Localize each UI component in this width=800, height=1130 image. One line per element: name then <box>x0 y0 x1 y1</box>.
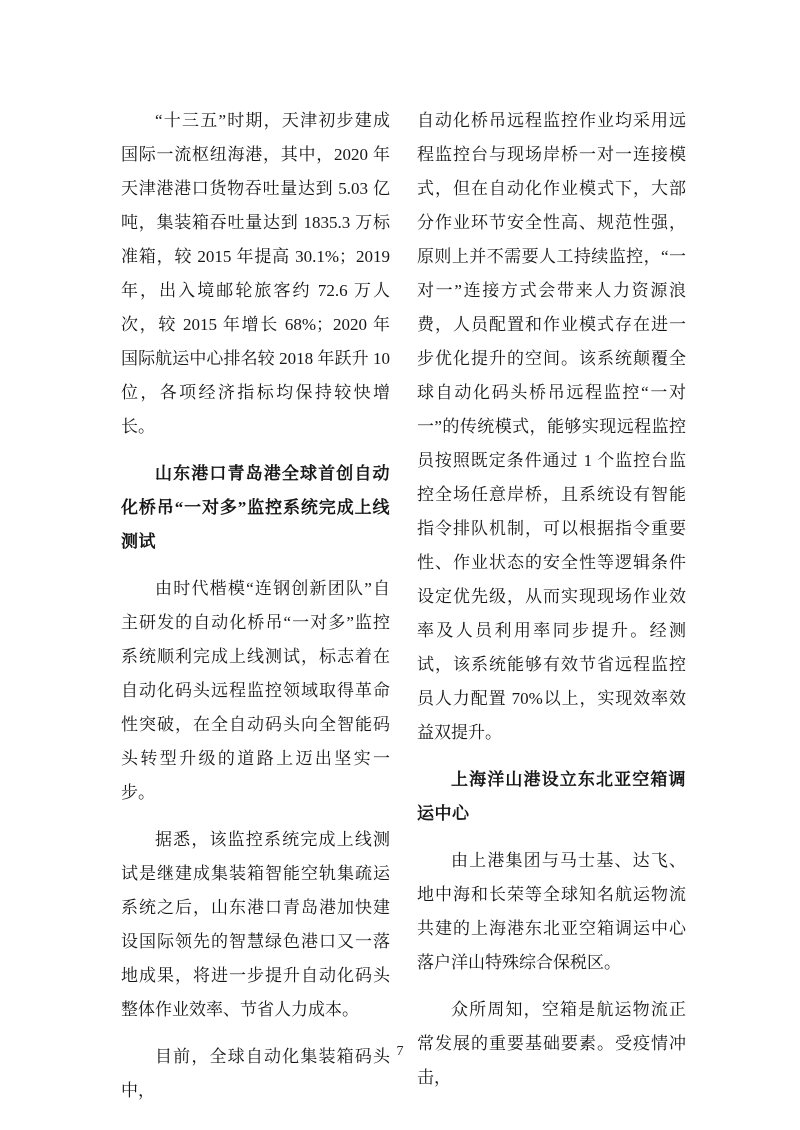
document-page: “十三五”时期，天津初步建成国际一流枢纽海港，其中，2020 年天津港港口货物吞… <box>0 0 800 1130</box>
section-heading: 上海洋山港设立东北亚空箱调运中心 <box>417 763 686 831</box>
body-paragraph: 自动化桥吊远程监控作业均采用远程监控台与现场岸桥一对一连接模式，但在自动化作业模… <box>417 104 686 750</box>
body-paragraph: “十三五”时期，天津初步建成国际一流枢纽海港，其中，2020 年天津港港口货物吞… <box>121 104 390 444</box>
body-paragraph: 由上港集团与马士基、达飞、地中海和长荣等全球知名航运物流共建的上海港东北亚空箱调… <box>417 844 686 980</box>
body-paragraph: 据悉，该监控系统完成上线测试是继建成集装箱智能空轨集疏运系统之后，山东港口青岛港… <box>121 823 390 1027</box>
column-left: “十三五”时期，天津初步建成国际一流枢纽海港，其中，2020 年天津港港口货物吞… <box>121 104 390 1108</box>
page-number: 7 <box>0 1042 800 1062</box>
body-paragraph: 由时代楷模“连钢创新团队”自主研发的自动化桥吊“一对多”监控系统顺利完成上线测试… <box>121 572 390 810</box>
column-right: 自动化桥吊远程监控作业均采用远程监控台与现场岸桥一对一连接模式，但在自动化作业模… <box>417 104 686 1108</box>
section-heading: 山东港口青岛港全球首创自动化桥吊“一对多”监控系统完成上线测试 <box>121 457 390 559</box>
content-columns: “十三五”时期，天津初步建成国际一流枢纽海港，其中，2020 年天津港港口货物吞… <box>121 104 686 1108</box>
